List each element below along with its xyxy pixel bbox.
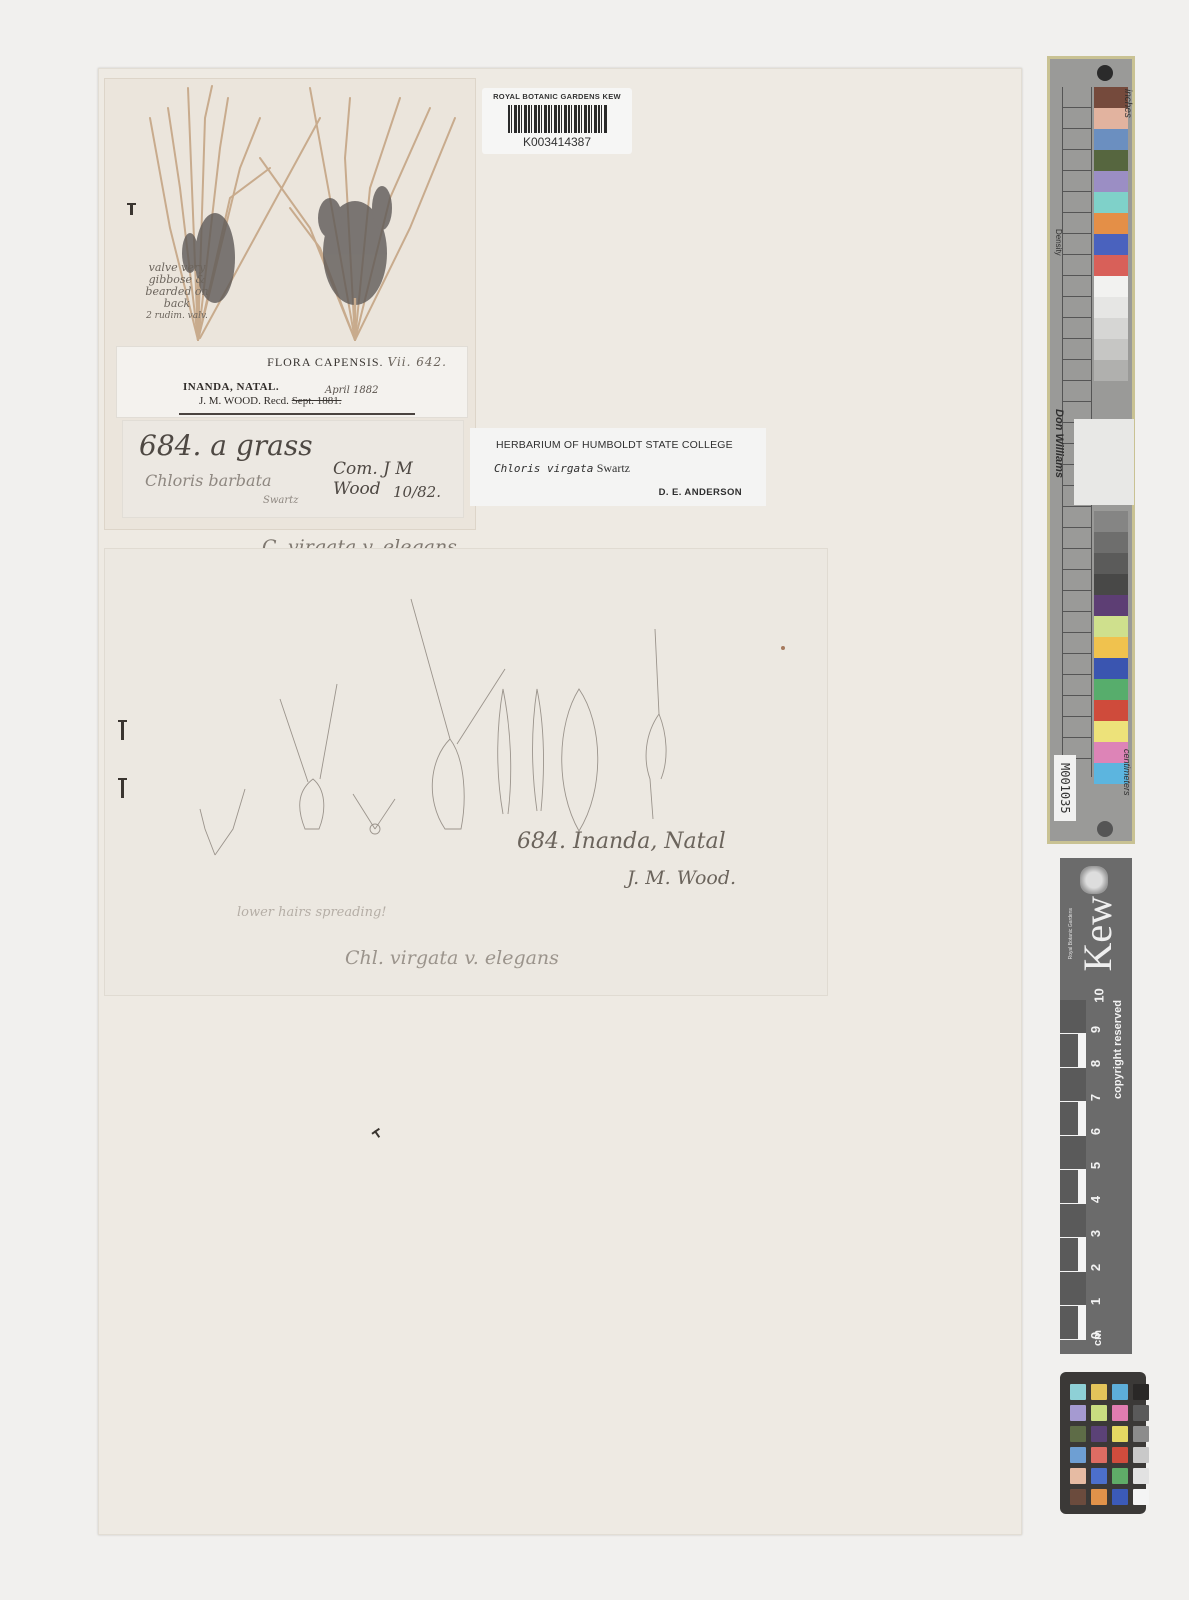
checker-patch — [1133, 1384, 1149, 1400]
color-swatch — [1094, 150, 1128, 171]
drawing-collector: J. M. Wood. — [627, 867, 736, 889]
color-swatch — [1094, 553, 1128, 574]
color-swatch — [1094, 616, 1128, 637]
color-swatch — [1094, 637, 1128, 658]
swatch-strip-top — [1094, 87, 1128, 381]
handwritten-collector-label: 684. a grass Chloris barbata Swartz Com.… — [122, 420, 464, 518]
cm-tick-label: 4 — [1088, 1196, 1103, 1203]
density-label: Density — [1054, 229, 1063, 256]
checker-patch — [1070, 1426, 1086, 1442]
cm-segment — [1060, 1102, 1078, 1136]
alignment-dot-icon — [1097, 821, 1113, 837]
drawing-note: lower hairs spreading! — [237, 905, 387, 920]
flora-title: FLORA CAPENSIS. Vii. 642. — [267, 355, 447, 370]
color-swatch — [1094, 171, 1128, 192]
cm-tick-label: 7 — [1088, 1094, 1103, 1101]
color-swatch — [1094, 234, 1128, 255]
checker-patch — [1112, 1489, 1128, 1505]
checker-patch — [1070, 1405, 1086, 1421]
pin-mark — [121, 720, 124, 740]
brand-label: Don Williams — [1053, 409, 1065, 478]
cm-segment — [1060, 1068, 1086, 1102]
inches-label: inches — [1122, 89, 1133, 118]
note-species: Chloris barbata — [145, 471, 272, 490]
drawing-footer-name: Chl. virgata v. elegans — [345, 947, 559, 969]
checker-patch — [1070, 1489, 1086, 1505]
cm-scale-bars — [1060, 1000, 1086, 1340]
copyright-text: copyright reserved — [1112, 1000, 1124, 1099]
checker-patch — [1112, 1447, 1128, 1463]
flora-capensis-label: FLORA CAPENSIS. Vii. 642. INANDA, NATAL.… — [116, 346, 468, 418]
color-swatch — [1094, 700, 1128, 721]
pin-mark — [130, 203, 133, 215]
herbarium-title: HERBARIUM OF HUMBOLDT STATE COLLEGE — [496, 439, 733, 451]
color-swatch — [1094, 297, 1128, 318]
checker-patch — [1091, 1405, 1107, 1421]
color-swatch — [1094, 511, 1128, 532]
checker-patch — [1070, 1447, 1086, 1463]
color-swatch — [1094, 129, 1128, 150]
checker-patch — [1133, 1447, 1149, 1463]
note-number: 684. a grass — [139, 429, 313, 462]
handwritten-note-valve: valve very gibbose & bearded on back 2 r… — [122, 262, 232, 322]
color-swatch — [1094, 574, 1128, 595]
note-line: 2 rudim. valv. — [122, 310, 232, 322]
flora-locality: INANDA, NATAL. — [183, 381, 279, 393]
cm-tick-label: 2 — [1088, 1264, 1103, 1271]
flora-collector: J. M. WOOD. Recd. Sept. 1881. — [199, 395, 342, 407]
checker-patch — [1091, 1447, 1107, 1463]
checker-patch — [1091, 1489, 1107, 1505]
drawing-number-locality: 684. Inanda, Natal — [517, 829, 726, 854]
cm-segment — [1060, 1170, 1078, 1204]
target-code: M001035 — [1054, 755, 1076, 821]
checker-patch — [1133, 1405, 1149, 1421]
cm-tick-label: 8 — [1088, 1060, 1103, 1067]
checker-patch — [1133, 1426, 1149, 1442]
checker-grid — [1070, 1384, 1149, 1505]
royal-crest-icon — [1080, 866, 1108, 894]
color-swatch — [1094, 276, 1128, 297]
cm-tick-label: 6 — [1088, 1128, 1103, 1135]
checker-patch — [1133, 1489, 1149, 1505]
cm-segment — [1060, 1136, 1086, 1170]
color-calibration-target: inches Density Don Williams M001035 cent… — [1047, 56, 1135, 844]
determiner: D. E. ANDERSON — [659, 487, 742, 498]
color-swatch — [1094, 192, 1128, 213]
note-comm-date: 10/82. — [393, 483, 441, 501]
color-swatch — [1094, 318, 1128, 339]
color-swatch — [1094, 658, 1128, 679]
cm-unit-label: cm — [1092, 1330, 1104, 1346]
checker-patch — [1070, 1384, 1086, 1400]
color-swatch — [1094, 255, 1128, 276]
color-swatch — [1094, 595, 1128, 616]
cm-segment — [1060, 1272, 1086, 1306]
cm-segment — [1060, 1238, 1078, 1272]
checker-patch — [1112, 1426, 1128, 1442]
kew-logo: Kew — [1078, 896, 1118, 972]
color-swatch — [1094, 213, 1128, 234]
checker-patch — [1091, 1468, 1107, 1484]
resolution-target — [1074, 419, 1134, 505]
note-line: back — [122, 298, 232, 310]
divider — [179, 413, 415, 415]
cm-segment — [1060, 1306, 1078, 1340]
cm-segment — [1060, 1034, 1078, 1068]
checker-patch — [1091, 1384, 1107, 1400]
alignment-dot-icon — [1097, 65, 1113, 81]
humboldt-determination-label: HERBARIUM OF HUMBOLDT STATE COLLEGE Chlo… — [470, 428, 766, 506]
checker-patch — [1112, 1384, 1128, 1400]
barcode-icon — [508, 105, 608, 133]
kew-scale-ruler: Royal Botanic Gardens Kew copyright rese… — [1060, 858, 1132, 1354]
color-swatch — [1094, 721, 1128, 742]
barcode-number: K003414387 — [482, 135, 632, 149]
color-swatch — [1094, 360, 1128, 381]
cm-tick-label: 9 — [1088, 1026, 1103, 1033]
checker-patch — [1112, 1468, 1128, 1484]
checker-patch — [1112, 1405, 1128, 1421]
cm-segment — [1060, 1000, 1086, 1034]
color-swatch — [1094, 339, 1128, 360]
kew-barcode-label: ROYAL BOTANIC GARDENS KEW K003414387 — [482, 88, 632, 154]
checker-patch — [1133, 1468, 1149, 1484]
cm-tick-label: 1 — [1088, 1298, 1103, 1305]
checker-patch — [1070, 1468, 1086, 1484]
species-name: Chloris virgata Swartz — [494, 461, 630, 476]
cm-tick-label: 10 — [1092, 988, 1107, 1002]
color-checker-card — [1060, 1372, 1146, 1514]
barcode-institution: ROYAL BOTANIC GARDENS KEW — [482, 92, 632, 101]
spikelet-sketches — [105, 549, 827, 995]
botanical-drawing-sheet: 684. Inanda, Natal J. M. Wood. lower hai… — [104, 548, 828, 996]
cm-tick-label: 3 — [1088, 1230, 1103, 1237]
pin-mark — [121, 778, 124, 798]
cm-segment — [1060, 1204, 1086, 1238]
note-author: Swartz — [263, 495, 298, 506]
cm-tick-label: 5 — [1088, 1162, 1103, 1169]
swatch-strip-bottom — [1094, 511, 1128, 784]
color-swatch — [1094, 532, 1128, 553]
kew-subtitle: Royal Botanic Gardens — [1068, 908, 1074, 959]
checker-patch — [1091, 1426, 1107, 1442]
centimeters-label: centimeters — [1122, 749, 1132, 796]
color-swatch — [1094, 679, 1128, 700]
